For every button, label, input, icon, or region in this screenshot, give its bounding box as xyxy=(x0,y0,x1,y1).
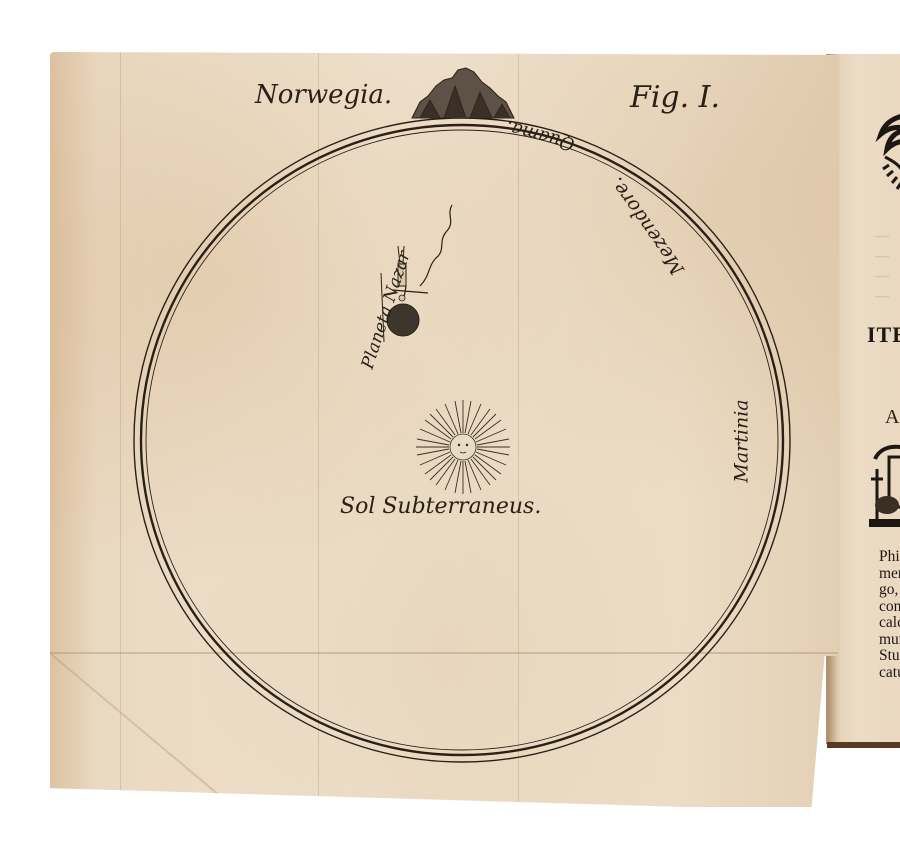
label-martinia: Martinia xyxy=(731,399,753,482)
fold-crease xyxy=(50,652,838,654)
page-heading: ITE xyxy=(867,322,900,348)
body-text: Philo meru go, conf calcu mun Stud catu xyxy=(879,549,900,681)
printer-emblem-icon xyxy=(867,439,900,529)
floral-ornament-icon xyxy=(867,109,900,194)
label-norwegia: Norwegia. xyxy=(255,80,392,110)
label-sol-subterraneus: Sol Subterraneus. xyxy=(340,494,541,519)
book-cover-edge xyxy=(827,742,900,748)
label-fig: Fig. I. xyxy=(630,80,720,115)
foldout-plate xyxy=(50,52,838,807)
initial-letter: A xyxy=(885,406,899,429)
